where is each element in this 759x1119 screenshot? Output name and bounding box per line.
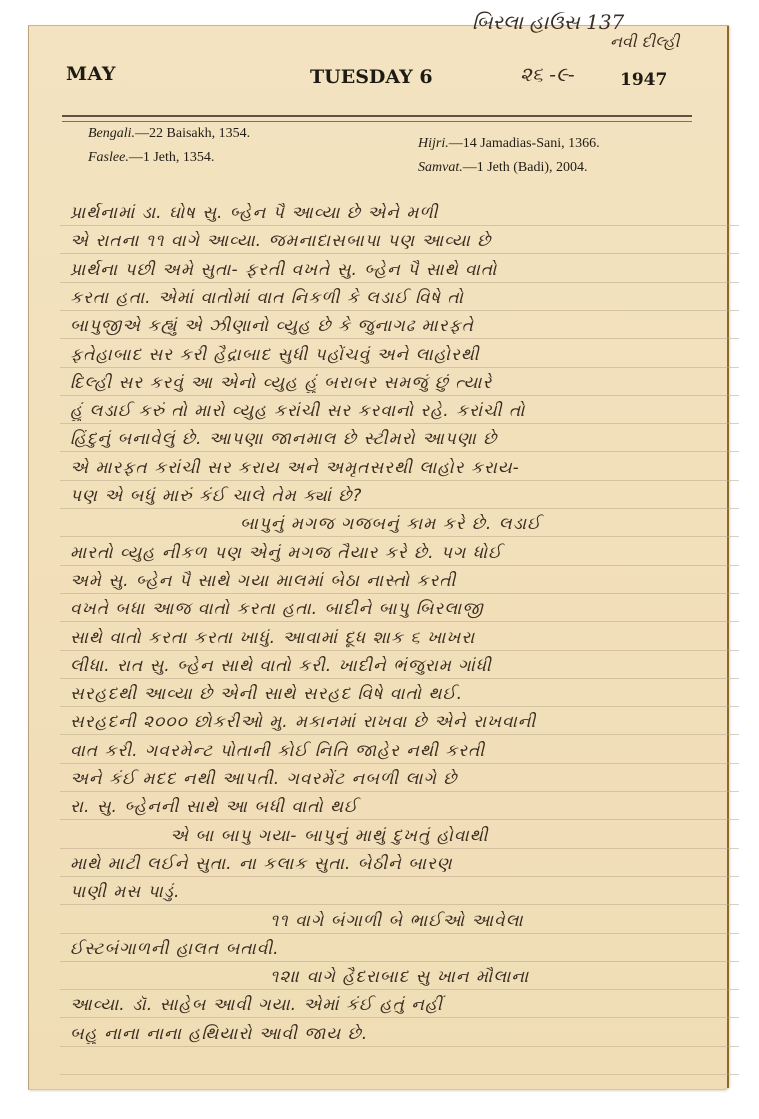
ruled-line xyxy=(60,819,739,820)
ruled-line xyxy=(60,253,739,254)
page-binding-edge xyxy=(727,26,729,1088)
ruled-line xyxy=(60,508,739,509)
ruled-line xyxy=(60,678,739,679)
handwritten-line: અને કંઈ મદદ નથી આપતી. ગવરમેંટ નબળી લાગે … xyxy=(70,769,690,789)
handwritten-line: વાત કરી. ગવરમેન્ટ પોતાની કોઈ નિતિ જાહેર … xyxy=(70,741,690,761)
handwritten-line: અમે સુ. બ્હેન પૈ સાથે ગયા માલમાં બેઠા ના… xyxy=(70,571,690,591)
handwritten-line: પાણી મસ પાડું. xyxy=(70,882,690,902)
hijri-calendar: Hijri.—14 Jamadias-Sani, 1366. xyxy=(418,136,600,152)
handwritten-line: પ્રાર્થના પછી અમે સુતા- ફરતી વખતે સુ. બ્… xyxy=(70,260,690,280)
handwritten-line: પ્રાર્થનામાં ડા. ઘોષ સુ. બ્હેન પૈ આવ્યા … xyxy=(70,203,690,223)
ruled-line xyxy=(60,734,739,735)
day-label: TUESDAY 6 xyxy=(310,66,433,88)
ruled-line xyxy=(60,282,739,283)
handwritten-line: ૧૧ વાગે બંગાળી બે ભાઈઓ આવેલા xyxy=(270,911,690,931)
handwritten-line: ફતેહાબાદ સર કરી હૈદ્રાબાદ સુધી પહોંચવું … xyxy=(70,345,690,365)
ruled-line xyxy=(60,791,739,792)
ruled-line xyxy=(60,650,739,651)
handwritten-line: બાપુનું મગજ ગજબનું કામ કરે છે. લડાઈ xyxy=(240,514,690,534)
handwritten-line: સાથે વાતો કરતા કરતા ખાધું. આવામાં દૂધ શા… xyxy=(70,628,690,648)
ruled-line xyxy=(60,1074,739,1075)
ruled-line xyxy=(60,961,739,962)
fasli-value: —1 Jeth, 1354. xyxy=(129,150,215,165)
ruled-line xyxy=(60,395,739,396)
handwritten-line: ઈસ્ટબંગાળની હાલત બતાવી. xyxy=(70,939,690,959)
handwritten-line: એ મારફત કરાંચી સર કરાય અને અમૃતસરથી લાહો… xyxy=(70,458,690,478)
ruled-line xyxy=(60,1046,739,1047)
ruled-line xyxy=(60,989,739,990)
handwritten-line: વખતે બધા આજ વાતો કરતા હતા. બાદીને બાપુ બ… xyxy=(70,599,690,619)
fasli-label: Faslee. xyxy=(88,150,129,165)
hijri-value: —14 Jamadias-Sani, 1366. xyxy=(449,136,600,151)
samvat-calendar: Samvat.—1 Jeth (Badi), 2004. xyxy=(418,160,588,176)
handwritten-line: બહુ નાના નાના હથિયારો આવી જાય છે. xyxy=(70,1024,690,1044)
ruled-line xyxy=(60,338,739,339)
ruled-line xyxy=(60,451,739,452)
handwritten-line: હું લડાઈ કરું તો મારો વ્યુહ કરાંચી સર કર… xyxy=(70,401,690,421)
handwritten-address-line2: નવી દીલ્હી xyxy=(610,32,679,52)
handwritten-line: હિંદુનું બનાવેલું છે. આપણા જાનમાલ છે સ્ટ… xyxy=(70,429,690,449)
handwritten-line: ૧૨॥ વાગે હૈદરાબાદ સુ ખાન મૌલાના xyxy=(270,967,690,987)
handwritten-line: કરતા હતા. એમાં વાતોમાં વાત નિકળી કે લડાઈ… xyxy=(70,288,690,308)
handwritten-line: સરહદની ૨૦૦૦ છોકરીઓ મુ. મકાનમાં રાખવા છે … xyxy=(70,712,690,732)
handwritten-line: માથે માટી લઈને સુતા. ના કલાક સુતા. બેઠીન… xyxy=(70,854,690,874)
ruled-line xyxy=(60,876,739,877)
ruled-line xyxy=(60,225,739,226)
ruled-line xyxy=(60,848,739,849)
handwritten-line: એ બા બાપુ ગયા- બાપુનું માથું દુખતું હોવા… xyxy=(170,826,690,846)
ruled-line xyxy=(60,565,739,566)
bengali-calendar: Bengali.—22 Baisakh, 1354. xyxy=(88,126,250,142)
year-label: 1947 xyxy=(620,70,667,90)
hijri-label: Hijri. xyxy=(418,136,449,151)
handwritten-line: દિલ્હી સર કરવું આ એનો વ્યુહ હું બરાબર સમ… xyxy=(70,373,690,393)
ruled-line xyxy=(60,310,739,311)
ruled-line xyxy=(60,480,739,481)
handwritten-line: રા. સુ. બ્હેનની સાથે આ બધી વાતો થઈ xyxy=(70,797,690,817)
ruled-line xyxy=(60,1017,739,1018)
ruled-line xyxy=(60,621,739,622)
ruled-line xyxy=(60,536,739,537)
ruled-line xyxy=(60,423,739,424)
header-rule-thin xyxy=(62,121,692,122)
bengali-label: Bengali. xyxy=(88,126,135,141)
ruled-line xyxy=(60,904,739,905)
bengali-value: —22 Baisakh, 1354. xyxy=(135,126,250,141)
handwritten-line: મારતો વ્યુહ નીકળ પણ એનું મગજ તૈયાર કરે છ… xyxy=(70,543,690,563)
ruled-line xyxy=(60,593,739,594)
handwritten-line: લીધા. રાત સુ. બ્હેન સાથે વાતો કરી. ખાદીન… xyxy=(70,656,690,676)
header-rule xyxy=(62,115,692,117)
handwritten-address-line1: બિરલા હાઉસ 137 xyxy=(472,10,624,34)
ruled-line xyxy=(60,933,739,934)
handwritten-line: સરહદથી આવ્યા છે એની સાથે સરહદ વિષે વાતો … xyxy=(70,684,690,704)
handwritten-line: પણ એ બધું મારું કંઈ ચાલે તેમ ક્યાં છે? xyxy=(70,486,690,506)
ruled-line xyxy=(60,367,739,368)
month-label: MAY xyxy=(66,63,116,85)
handwritten-line: એ રાતના ૧૧ વાગે આવ્યા. જમનાદાસબાપા પણ આવ… xyxy=(70,231,690,251)
ruled-line xyxy=(60,706,739,707)
handwritten-date: ૨૬ -૯- xyxy=(520,62,575,86)
fasli-calendar: Faslee.—1 Jeth, 1354. xyxy=(88,150,214,166)
samvat-value: —1 Jeth (Badi), 2004. xyxy=(463,160,588,175)
handwritten-line: બાપુજીએ કહ્યું એ ઝીણાનો વ્યુહ છે કે જુના… xyxy=(70,316,690,336)
samvat-label: Samvat. xyxy=(418,160,463,175)
handwritten-line: આવ્યા. ડૉ. સાહેબ આવી ગયા. એમાં કંઈ હતું … xyxy=(70,995,690,1015)
ruled-line xyxy=(60,763,739,764)
